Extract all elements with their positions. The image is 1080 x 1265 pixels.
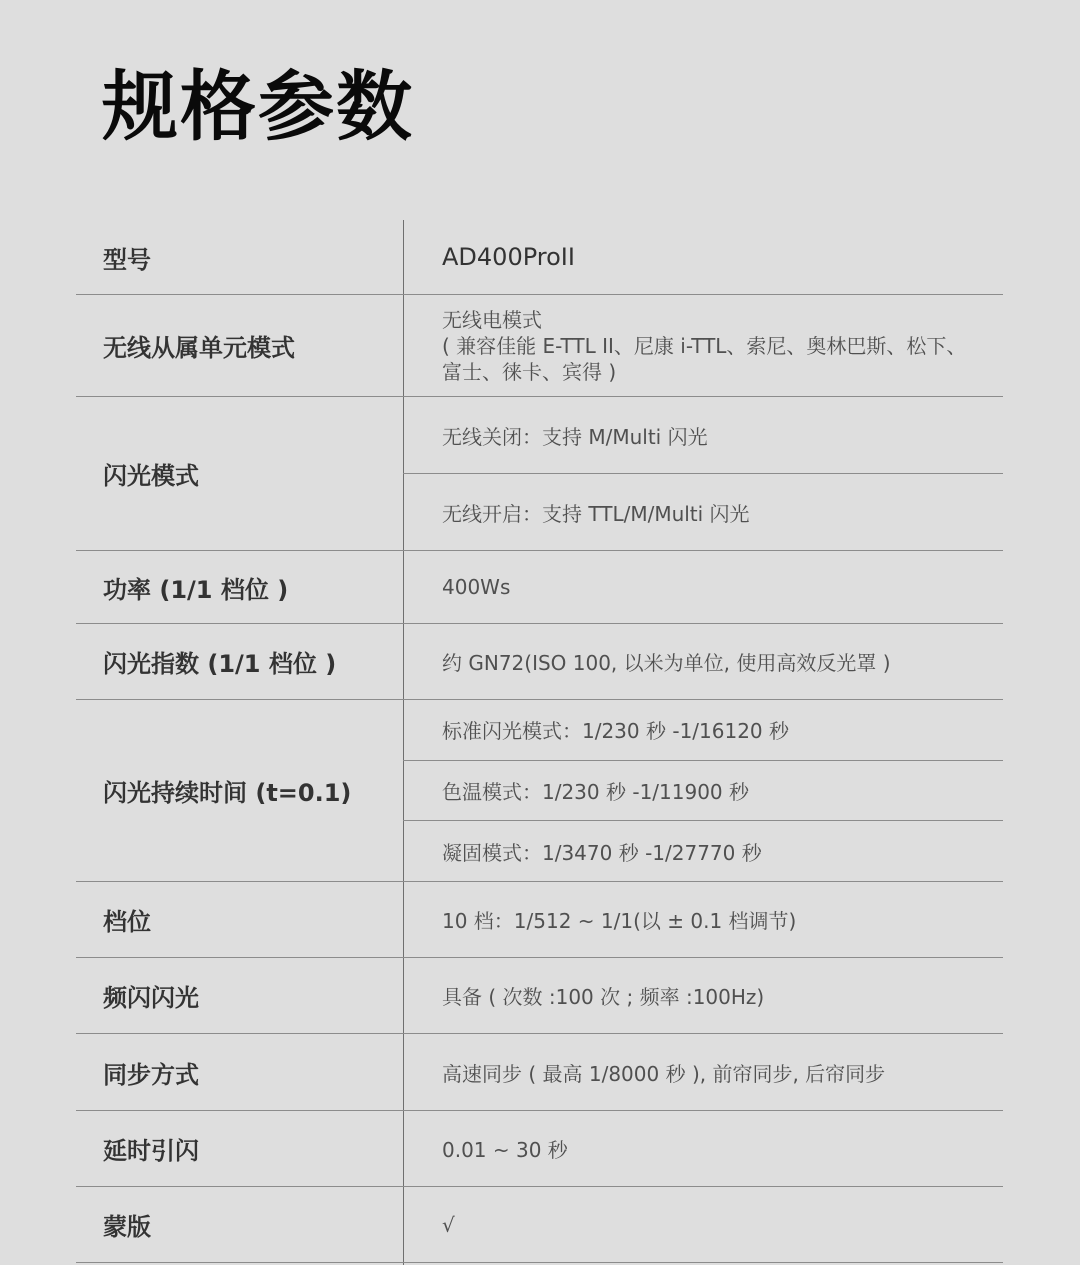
spec-label: 功率 (1/1 档位 ) (76, 551, 403, 623)
spec-values: 具备 ( 次数 :100 次 ; 频率 :100Hz) (403, 958, 1003, 1033)
spec-values: 高速同步 ( 最高 1/8000 秒 ), 前帘同步, 后帘同步 (403, 1034, 1003, 1110)
spec-value: 无线关闭：支持 M/Multi 闪光 (403, 397, 1003, 473)
spec-label: 闪光指数 (1/1 档位 ) (76, 624, 403, 699)
spec-row: 闪光指数 (1/1 档位 )约 GN72(ISO 100, 以米为单位, 使用高… (76, 624, 1003, 700)
spec-row: 闪光模式无线关闭：支持 M/Multi 闪光无线开启：支持 TTL/M/Mult… (76, 397, 1003, 551)
spec-values: 无线关闭：支持 M/Multi 闪光无线开启：支持 TTL/M/Multi 闪光 (403, 397, 1003, 550)
spec-values: AD400ProII (403, 220, 1003, 294)
spec-value-line: 富士、徕卡、宾得 ) (442, 359, 616, 385)
spec-values: 400Ws (403, 551, 1003, 623)
spec-value: 无线电模式( 兼容佳能 E-TTL II、尼康 i-TTL、索尼、奥林巴斯、松下… (403, 295, 1003, 396)
spec-value: 高速同步 ( 最高 1/8000 秒 ), 前帘同步, 后帘同步 (403, 1034, 1003, 1110)
spec-label: 无线从属单元模式 (76, 295, 403, 396)
spec-value: 凝固模式：1/3470 秒 -1/27770 秒 (403, 820, 1003, 881)
spec-value: 10 档：1/512 ~ 1/1(以 ± 0.1 档调节) (403, 882, 1003, 957)
spec-row: 功率 (1/1 档位 )400Ws (76, 551, 1003, 624)
spec-row: 闪光持续时间 (t=0.1)标准闪光模式：1/230 秒 -1/16120 秒色… (76, 700, 1003, 882)
spec-label: 闪光持续时间 (t=0.1) (76, 700, 403, 881)
spec-row: 频闪闪光具备 ( 次数 :100 次 ; 频率 :100Hz) (76, 958, 1003, 1034)
spec-label: 延时引闪 (76, 1111, 403, 1186)
spec-value: √ (403, 1187, 1003, 1262)
spec-values: √ (403, 1187, 1003, 1262)
spec-value: 色温模式：1/230 秒 -1/11900 秒 (403, 760, 1003, 821)
spec-value: 具备 ( 次数 :100 次 ; 频率 :100Hz) (403, 958, 1003, 1033)
spec-row: 蒙版√ (76, 1187, 1003, 1263)
spec-value: AD400ProII (403, 220, 1003, 294)
spec-row: 无线从属单元模式无线电模式( 兼容佳能 E-TTL II、尼康 i-TTL、索尼… (76, 295, 1003, 397)
spec-label: 蒙版 (76, 1187, 403, 1262)
spec-label: 频闪闪光 (76, 958, 403, 1033)
spec-values: 0.01 ~ 30 秒 (403, 1111, 1003, 1186)
spec-values: 约 GN72(ISO 100, 以米为单位, 使用高效反光罩 ) (403, 624, 1003, 699)
spec-values: 10 档：1/512 ~ 1/1(以 ± 0.1 档调节) (403, 882, 1003, 957)
spec-label: 档位 (76, 882, 403, 957)
spec-row: 延时引闪0.01 ~ 30 秒 (76, 1111, 1003, 1187)
spec-value: 约 GN72(ISO 100, 以米为单位, 使用高效反光罩 ) (403, 624, 1003, 699)
page-title: 规格参数 (102, 62, 414, 152)
spec-label: 型号 (76, 220, 403, 294)
spec-row: 档位10 档：1/512 ~ 1/1(以 ± 0.1 档调节) (76, 882, 1003, 958)
spec-table: 型号AD400ProII无线从属单元模式无线电模式( 兼容佳能 E-TTL II… (76, 220, 1003, 1263)
spec-label: 同步方式 (76, 1034, 403, 1110)
spec-row: 型号AD400ProII (76, 220, 1003, 295)
spec-value: 无线开启：支持 TTL/M/Multi 闪光 (403, 473, 1003, 550)
spec-value-line: ( 兼容佳能 E-TTL II、尼康 i-TTL、索尼、奥林巴斯、松下、 (442, 333, 966, 359)
spec-value: 0.01 ~ 30 秒 (403, 1111, 1003, 1186)
spec-value-line: 无线电模式 (442, 307, 542, 333)
spec-label: 闪光模式 (76, 397, 403, 550)
spec-value: 400Ws (403, 551, 1003, 623)
spec-values: 标准闪光模式：1/230 秒 -1/16120 秒色温模式：1/230 秒 -1… (403, 700, 1003, 881)
spec-values: 无线电模式( 兼容佳能 E-TTL II、尼康 i-TTL、索尼、奥林巴斯、松下… (403, 295, 1003, 396)
spec-value: 标准闪光模式：1/230 秒 -1/16120 秒 (403, 700, 1003, 760)
spec-row: 同步方式高速同步 ( 最高 1/8000 秒 ), 前帘同步, 后帘同步 (76, 1034, 1003, 1111)
